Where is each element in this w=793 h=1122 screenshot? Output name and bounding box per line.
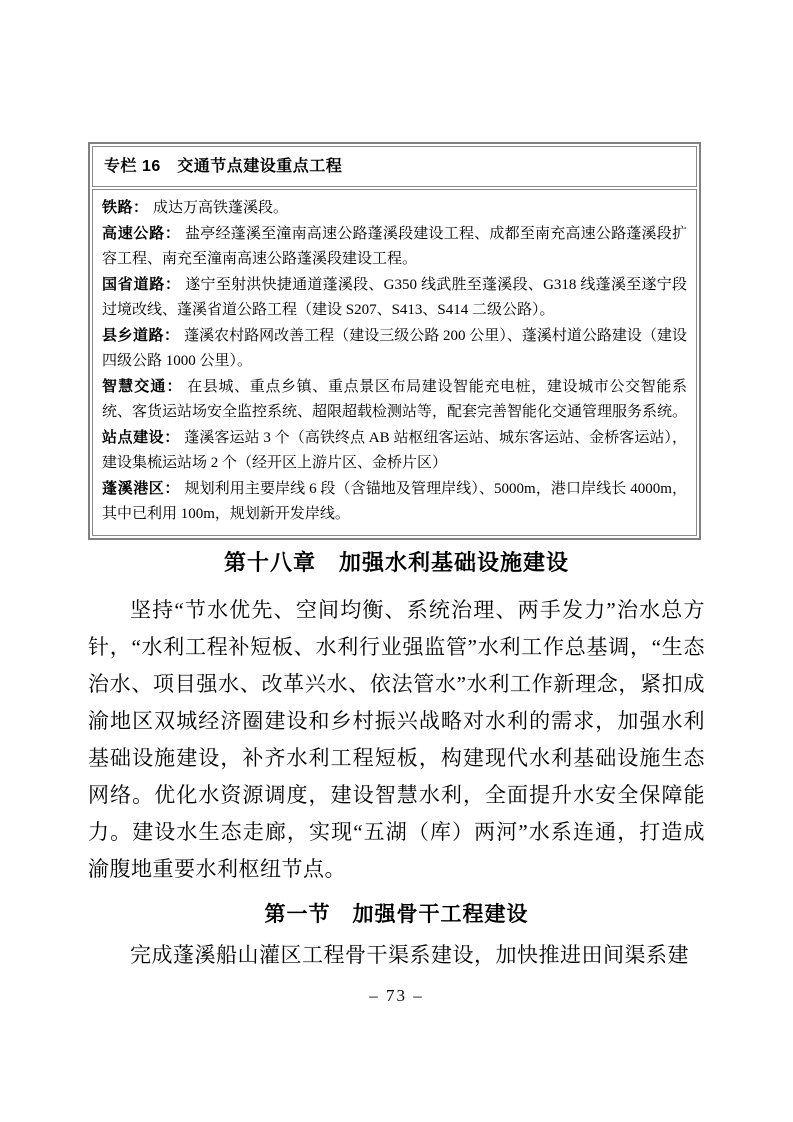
box-item-label: 高速公路： — [102, 225, 181, 242]
box-item-text: 蓬溪农村路网改善工程（建设三级公路 200 公里）、蓬溪村道公路建设（建设四级公… — [102, 328, 687, 369]
box-item-national-provincial-roads: 国省道路：遂宁至射洪快捷通道蓬溪段、G350 线武胜至蓬溪段、G318 线蓬溪至… — [102, 272, 687, 323]
page-number: – 73 – — [0, 986, 793, 1006]
box-item-expressway: 高速公路：盐亭经蓬溪至潼南高速公路蓬溪段建设工程、成都至南充高速公路蓬溪段扩容工… — [102, 221, 687, 272]
feature-box-column16: 专栏 16 交通节点建设重点工程 铁路：成达万高铁蓬溪段。 高速公路：盐亭经蓬溪… — [88, 142, 701, 540]
box-item-station-construction: 站点建设：蓬溪客运站 3 个（高铁终点 AB 站枢纽客运站、城东客运站、金桥客运… — [102, 425, 687, 476]
box-item-label: 站点建设： — [102, 429, 180, 446]
box-item-label: 铁路： — [102, 199, 149, 216]
box-item-label: 蓬溪港区： — [102, 480, 180, 497]
chapter-title: 第十八章 加强水利基础设施建设 — [88, 546, 705, 577]
feature-box-title: 专栏 16 交通节点建设重点工程 — [92, 146, 697, 187]
chapter-paragraph: 坚持“节水优先、空间均衡、系统治理、两手发力”治水总方针，“水利工程补短板、水利… — [88, 592, 705, 888]
section-title: 第一节 加强骨干工程建设 — [88, 898, 705, 928]
box-item-text: 盐亭经蓬溪至潼南高速公路蓬溪段建设工程、成都至南充高速公路蓬溪段扩容工程、南充至… — [102, 226, 687, 267]
box-item-text: 成达万高铁蓬溪段。 — [153, 200, 288, 216]
feature-box-body: 铁路：成达万高铁蓬溪段。 高速公路：盐亭经蓬溪至潼南高速公路蓬溪段建设工程、成都… — [92, 189, 697, 536]
box-item-county-township-roads: 县乡道路：蓬溪农村路网改善工程（建设三级公路 200 公里）、蓬溪村道公路建设（… — [102, 323, 687, 374]
box-item-label: 智慧交通： — [102, 378, 183, 395]
box-item-text: 规划利用主要岸线 6 段（含锚地及管理岸线）、5000m，港口岸线长 4000m… — [102, 481, 687, 522]
document-page: 专栏 16 交通节点建设重点工程 铁路：成达万高铁蓬溪段。 高速公路：盐亭经蓬溪… — [0, 0, 793, 1122]
box-item-pengxi-port: 蓬溪港区：规划利用主要岸线 6 段（含锚地及管理岸线）、5000m，港口岸线长 … — [102, 476, 687, 527]
box-item-smart-transport: 智慧交通：在县城、重点乡镇、重点景区布局建设智能充电桩，建设城市公交智能系统、客… — [102, 374, 687, 425]
box-item-label: 国省道路： — [102, 276, 181, 293]
box-item-text: 遂宁至射洪快捷通道蓬溪段、G350 线武胜至蓬溪段、G318 线蓬溪至遂宁段过境… — [102, 277, 687, 318]
main-content: 第十八章 加强水利基础设施建设 坚持“节水优先、空间均衡、系统治理、两手发力”治… — [88, 546, 705, 974]
section-paragraph: 完成蓬溪船山灌区工程骨干渠系建设，加快推进田间渠系建 — [88, 937, 705, 974]
box-item-label: 县乡道路： — [102, 327, 180, 344]
box-item-railway: 铁路：成达万高铁蓬溪段。 — [102, 195, 687, 221]
box-item-text: 蓬溪客运站 3 个（高铁终点 AB 站枢纽客运站、城东客运站、金桥客运站），建设… — [102, 430, 687, 471]
box-item-text: 在县城、重点乡镇、重点景区布局建设智能充电桩，建设城市公交智能系统、客货运站场安… — [102, 379, 687, 420]
